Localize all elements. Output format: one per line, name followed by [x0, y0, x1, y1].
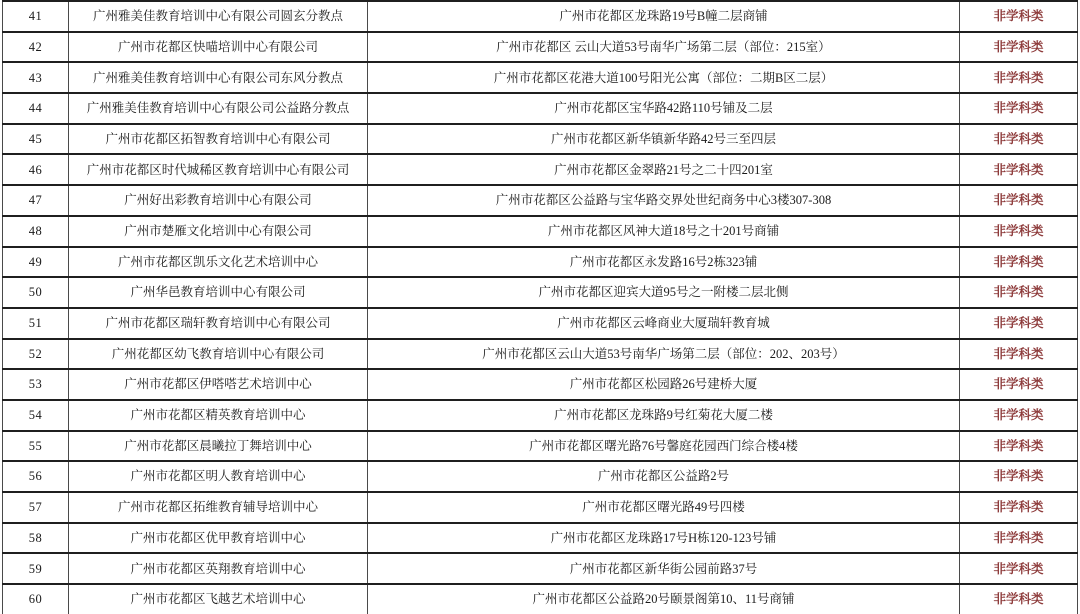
institution-name-cell: 广州市花都区明人教育培训中心 — [69, 461, 368, 492]
category-cell: 非学科类 — [960, 185, 1078, 216]
row-number-cell: 45 — [3, 124, 69, 155]
category-cell: 非学科类 — [960, 308, 1078, 339]
institution-name-cell: 广州市花都区瑞轩教育培训中心有限公司 — [69, 308, 368, 339]
category-cell: 非学科类 — [960, 584, 1078, 614]
institution-name-cell: 广州雅美佳教育培训中心有限公司东风分教点 — [69, 62, 368, 93]
institution-address-cell: 广州市花都区新华镇新华路42号三至四层 — [368, 124, 960, 155]
row-number-cell: 60 — [3, 584, 69, 614]
row-number-cell: 44 — [3, 93, 69, 124]
row-number-cell: 50 — [3, 277, 69, 308]
institution-name-cell: 广州市花都区拓智教育培训中心有限公司 — [69, 124, 368, 155]
institution-address-cell: 广州市花都区公益路2号 — [368, 461, 960, 492]
institution-name-cell: 广州市花都区精英教育培训中心 — [69, 400, 368, 431]
institution-address-cell: 广州市花都区云山大道53号南华广场第二层（部位：202、203号） — [368, 339, 960, 370]
row-number-cell: 51 — [3, 308, 69, 339]
table-row: 49 广州市花都区凯乐文化艺术培训中心 广州市花都区永发路16号2栋323铺 非… — [3, 247, 1078, 278]
institution-address-cell: 广州市花都区宝华路42路110号铺及二层 — [368, 93, 960, 124]
institution-name-cell: 广州市楚雁文化培训中心有限公司 — [69, 216, 368, 247]
row-number-cell: 43 — [3, 62, 69, 93]
institution-name-cell: 广州市花都区晨曦拉丁舞培训中心 — [69, 431, 368, 462]
institution-address-cell: 广州市花都区迎宾大道95号之一附楼二层北侧 — [368, 277, 960, 308]
table-row: 45 广州市花都区拓智教育培训中心有限公司 广州市花都区新华镇新华路42号三至四… — [3, 124, 1078, 155]
institution-address-cell: 广州市花都区永发路16号2栋323铺 — [368, 247, 960, 278]
institution-name-cell: 广州市花都区凯乐文化艺术培训中心 — [69, 247, 368, 278]
category-cell: 非学科类 — [960, 124, 1078, 155]
institution-address-cell: 广州市花都区曙光路76号馨庭花园西门综合楼4楼 — [368, 431, 960, 462]
category-cell: 非学科类 — [960, 93, 1078, 124]
category-cell: 非学科类 — [960, 400, 1078, 431]
table-row: 57 广州市花都区拓维教育辅导培训中心 广州市花都区曙光路49号四楼 非学科类 — [3, 492, 1078, 523]
row-number-cell: 54 — [3, 400, 69, 431]
institution-name-cell: 广州花都区幼飞教育培训中心有限公司 — [69, 339, 368, 370]
table-row: 58 广州市花都区优甲教育培训中心 广州市花都区龙珠路17号H栋120-123号… — [3, 523, 1078, 554]
category-cell: 非学科类 — [960, 62, 1078, 93]
institution-address-cell: 广州市花都区 云山大道53号南华广场第二层（部位：215室） — [368, 32, 960, 63]
row-number-cell: 57 — [3, 492, 69, 523]
institution-address-cell: 广州市花都区龙珠路17号H栋120-123号铺 — [368, 523, 960, 554]
table-body: 41 广州雅美佳教育培训中心有限公司圆玄分教点 广州市花都区龙珠路19号B幢二层… — [3, 1, 1078, 614]
institution-name-cell: 广州市花都区伊嗒嗒艺术培训中心 — [69, 369, 368, 400]
row-number-cell: 48 — [3, 216, 69, 247]
institution-name-cell: 广州好出彩教育培训中心有限公司 — [69, 185, 368, 216]
row-number-cell: 53 — [3, 369, 69, 400]
category-cell: 非学科类 — [960, 247, 1078, 278]
category-cell: 非学科类 — [960, 32, 1078, 63]
institution-name-cell: 广州雅美佳教育培训中心有限公司公益路分教点 — [69, 93, 368, 124]
category-cell: 非学科类 — [960, 1, 1078, 32]
table-row: 52 广州花都区幼飞教育培训中心有限公司 广州市花都区云山大道53号南华广场第二… — [3, 339, 1078, 370]
table-row: 50 广州华邑教育培训中心有限公司 广州市花都区迎宾大道95号之一附楼二层北侧 … — [3, 277, 1078, 308]
institution-address-cell: 广州市花都区新华街公园前路37号 — [368, 553, 960, 584]
row-number-cell: 56 — [3, 461, 69, 492]
institution-name-cell: 广州华邑教育培训中心有限公司 — [69, 277, 368, 308]
institution-address-cell: 广州市花都区公益路20号颐景阁第10、11号商铺 — [368, 584, 960, 614]
row-number-cell: 42 — [3, 32, 69, 63]
institution-address-cell: 广州市花都区风神大道18号之十201号商铺 — [368, 216, 960, 247]
institution-address-cell: 广州市花都区龙珠路9号红菊花大厦二楼 — [368, 400, 960, 431]
document-page: 41 广州雅美佳教育培训中心有限公司圆玄分教点 广州市花都区龙珠路19号B幢二层… — [0, 0, 1080, 614]
category-cell: 非学科类 — [960, 339, 1078, 370]
institution-name-cell: 广州市花都区优甲教育培训中心 — [69, 523, 368, 554]
institution-name-cell: 广州市花都区快喵培训中心有限公司 — [69, 32, 368, 63]
institution-address-cell: 广州市花都区松园路26号建桥大厦 — [368, 369, 960, 400]
row-number-cell: 55 — [3, 431, 69, 462]
category-cell: 非学科类 — [960, 523, 1078, 554]
institution-name-cell: 广州市花都区时代城稀区教育培训中心有限公司 — [69, 154, 368, 185]
table-row: 43 广州雅美佳教育培训中心有限公司东风分教点 广州市花都区花港大道100号阳光… — [3, 62, 1078, 93]
category-cell: 非学科类 — [960, 492, 1078, 523]
row-number-cell: 58 — [3, 523, 69, 554]
table-row: 42 广州市花都区快喵培训中心有限公司 广州市花都区 云山大道53号南华广场第二… — [3, 32, 1078, 63]
table-row: 48 广州市楚雁文化培训中心有限公司 广州市花都区风神大道18号之十201号商铺… — [3, 216, 1078, 247]
row-number-cell: 41 — [3, 1, 69, 32]
table-row: 46 广州市花都区时代城稀区教育培训中心有限公司 广州市花都区金翠路21号之二十… — [3, 154, 1078, 185]
table-row: 53 广州市花都区伊嗒嗒艺术培训中心 广州市花都区松园路26号建桥大厦 非学科类 — [3, 369, 1078, 400]
table-row: 60 广州市花都区飞越艺术培训中心 广州市花都区公益路20号颐景阁第10、11号… — [3, 584, 1078, 614]
table-row: 55 广州市花都区晨曦拉丁舞培训中心 广州市花都区曙光路76号馨庭花园西门综合楼… — [3, 431, 1078, 462]
row-number-cell: 49 — [3, 247, 69, 278]
table-row: 54 广州市花都区精英教育培训中心 广州市花都区龙珠路9号红菊花大厦二楼 非学科… — [3, 400, 1078, 431]
institution-name-cell: 广州市花都区飞越艺术培训中心 — [69, 584, 368, 614]
row-number-cell: 59 — [3, 553, 69, 584]
institution-address-cell: 广州市花都区金翠路21号之二十四201室 — [368, 154, 960, 185]
category-cell: 非学科类 — [960, 154, 1078, 185]
institutions-table: 41 广州雅美佳教育培训中心有限公司圆玄分教点 广州市花都区龙珠路19号B幢二层… — [2, 0, 1078, 614]
institution-address-cell: 广州市花都区花港大道100号阳光公寓（部位：二期B区二层） — [368, 62, 960, 93]
institution-address-cell: 广州市花都区龙珠路19号B幢二层商铺 — [368, 1, 960, 32]
table-row: 59 广州市花都区英翔教育培训中心 广州市花都区新华街公园前路37号 非学科类 — [3, 553, 1078, 584]
category-cell: 非学科类 — [960, 431, 1078, 462]
table-row: 56 广州市花都区明人教育培训中心 广州市花都区公益路2号 非学科类 — [3, 461, 1078, 492]
table-row: 44 广州雅美佳教育培训中心有限公司公益路分教点 广州市花都区宝华路42路110… — [3, 93, 1078, 124]
table-row: 41 广州雅美佳教育培训中心有限公司圆玄分教点 广州市花都区龙珠路19号B幢二层… — [3, 1, 1078, 32]
institution-name-cell: 广州市花都区拓维教育辅导培训中心 — [69, 492, 368, 523]
row-number-cell: 46 — [3, 154, 69, 185]
institution-address-cell: 广州市花都区公益路与宝华路交界处世纪商务中心3楼307-308 — [368, 185, 960, 216]
table-row: 47 广州好出彩教育培训中心有限公司 广州市花都区公益路与宝华路交界处世纪商务中… — [3, 185, 1078, 216]
category-cell: 非学科类 — [960, 553, 1078, 584]
row-number-cell: 52 — [3, 339, 69, 370]
category-cell: 非学科类 — [960, 216, 1078, 247]
category-cell: 非学科类 — [960, 277, 1078, 308]
institution-address-cell: 广州市花都区曙光路49号四楼 — [368, 492, 960, 523]
institution-name-cell: 广州雅美佳教育培训中心有限公司圆玄分教点 — [69, 1, 368, 32]
row-number-cell: 47 — [3, 185, 69, 216]
category-cell: 非学科类 — [960, 369, 1078, 400]
table-row: 51 广州市花都区瑞轩教育培训中心有限公司 广州市花都区云峰商业大厦瑞轩教育城 … — [3, 308, 1078, 339]
institution-name-cell: 广州市花都区英翔教育培训中心 — [69, 553, 368, 584]
institution-address-cell: 广州市花都区云峰商业大厦瑞轩教育城 — [368, 308, 960, 339]
category-cell: 非学科类 — [960, 461, 1078, 492]
